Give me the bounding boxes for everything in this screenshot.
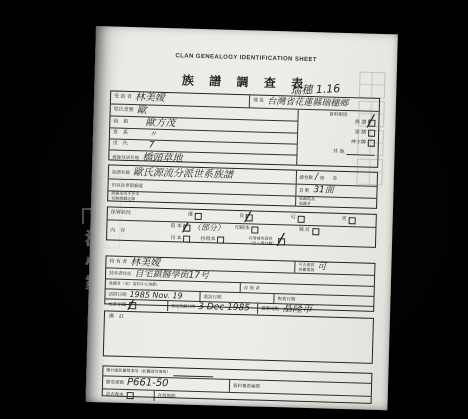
lineage-value: 〃	[149, 131, 157, 139]
opt-block-label: 刊 本	[170, 236, 182, 242]
remarks-label: 備 註	[109, 314, 124, 320]
opt-bind-checkbox	[312, 228, 319, 235]
office-header: 關於縮影攝製事項（此欄請勿填寫）	[106, 369, 170, 376]
identity-table: 受 訪 者 林美嬡 地 址 台灣省花蓮縣瑞穗鄉 姓氏堂號 歐	[108, 90, 380, 168]
filmplace-value: 基隆市	[282, 304, 312, 315]
keeper2-label: 存 放 者	[244, 285, 260, 291]
keep-label: 保管狀況	[111, 211, 131, 217]
lineage-label: 世 系	[113, 131, 128, 137]
english-title: CLAN GENEALOGY IDENTIFICATION SHEET	[95, 51, 397, 65]
keep-opt-2-label: 可	[290, 216, 295, 222]
filmplace-label: 攝製地點	[261, 306, 279, 312]
ancestor-label: 始 祖	[113, 119, 128, 125]
surname-label: 姓氏堂號	[114, 107, 134, 113]
filmdate-label: 預定拍攝日期	[171, 304, 195, 309]
keeper-label-2: 收藏者	[299, 202, 373, 209]
extra-note: （記入備註欄）	[248, 241, 276, 247]
holder-table: 持 有 者 林美嬡 可否提供 拍攝複製 可 持有者住址 自宅鎮醫學街17号	[104, 255, 375, 312]
seal-glyph-box	[356, 159, 383, 186]
volume-unit-1: 冊	[320, 175, 325, 181]
opt-write-checkbox	[184, 224, 191, 231]
opt-bind-label: 裝 訂	[299, 228, 311, 234]
seal-glyph-box	[358, 101, 385, 128]
opt-print-label: 印刷本	[235, 226, 250, 232]
keep-opt-2-checkbox	[297, 215, 304, 222]
keep-opt-3-checkbox	[348, 217, 355, 224]
pages-label: 頁 數	[299, 188, 309, 194]
keep-opt-0-label: 優	[188, 213, 193, 219]
film-no-label: 膠卷號碼	[106, 380, 124, 386]
keep-opt-1-label: 良	[239, 214, 244, 220]
book-title-label: 族譜名稱	[112, 169, 130, 175]
dup-checkbox	[127, 392, 134, 399]
office-table: 關於縮影攝製事項（此欄請勿填寫） 膠卷號碼 P661-50 資料審查編號 是否複…	[102, 365, 373, 404]
keep-opt-3-label: 劣	[341, 217, 346, 223]
handwritten-annotation: 瑞穗 1.16	[290, 83, 340, 96]
seal-glyph-box	[359, 72, 386, 99]
book-table: 族譜名稱 歐氏源流分派世系族譜 內容及章節綱要 原藏本或手抄本 有無增刪記錄	[107, 164, 378, 209]
interviewee-label: 受 訪 者	[114, 95, 132, 101]
keep-opt-1-checkbox	[246, 214, 253, 221]
filmdate-value: 3 Dec 1985	[198, 302, 250, 312]
opt-write-note: （部分）	[193, 224, 225, 233]
holder-addr-value: 自宅鎮醫學街17号	[134, 270, 209, 281]
opt-write-label: 寫 本	[170, 224, 182, 230]
holder-addr-label: 持有者住址	[109, 271, 132, 277]
center-label: 收藏者（家）資料中心地點	[109, 282, 157, 288]
category-opt4-label: 其 他	[333, 149, 345, 155]
archive-seal-stamp	[356, 72, 389, 186]
lend-label-2: 拍攝複製	[298, 267, 314, 272]
holder-value: 林美嬡	[130, 258, 160, 269]
permit-checkbox	[129, 302, 136, 309]
opt-copy-checkbox	[217, 237, 224, 244]
seal-glyph-box	[357, 130, 384, 157]
content-label: 內 容	[110, 229, 125, 235]
genealogy-form-sheet: CLAN GENEALOGY IDENTIFICATION SHEET 族 譜 …	[86, 26, 398, 410]
permit-label: 允許拍攝	[108, 302, 126, 308]
address-label: 地 址	[253, 99, 265, 105]
condition-table: 保管狀況 優 良 可 劣	[106, 206, 377, 248]
interviewee-value: 林美嬡	[135, 93, 165, 104]
pages-value: 31面	[313, 186, 334, 196]
origin-value: 橋頭草地	[142, 153, 182, 164]
address-value: 台灣省花蓮縣瑞穗鄉	[267, 97, 348, 108]
opt-print-checkbox	[252, 226, 259, 233]
generation-label: 世 代	[113, 142, 128, 148]
review-label: 資料審查編號	[233, 383, 260, 389]
extra-checkbox	[278, 238, 285, 245]
generation-value: 7	[149, 141, 155, 150]
opt-block-checkbox	[183, 236, 190, 243]
opt-copy-label: 抄寫本	[200, 237, 215, 243]
office-header-line	[173, 370, 213, 377]
visit-label: 訪問日期	[108, 291, 126, 297]
remarks-box: 備 註	[103, 310, 374, 364]
film-no-value: P661-50	[127, 378, 169, 389]
origin-label: 發源及居住地	[112, 154, 139, 160]
revisit-label: 重訪日期	[203, 294, 221, 300]
keep-opt-0-checkbox	[195, 212, 202, 219]
volumes-label: 總卷數	[299, 175, 313, 181]
visit-value: 1985 Nov. 19	[129, 291, 182, 300]
book-title-value: 歐氏源流分派世系族譜	[133, 168, 233, 181]
holder-label: 持 有 者	[109, 259, 127, 265]
dup-label: 是否複本	[106, 392, 124, 398]
microfilm-photo: FamilySearch 浩心家 CLAN GENEALOGY IDENTIFI…	[0, 0, 468, 419]
place-label: 存放地點	[158, 393, 176, 399]
ancestor-value: 歐方茂	[145, 118, 175, 129]
lend-value: 可	[317, 263, 326, 272]
recheck-label: 複查日期	[277, 296, 295, 302]
surname-value: 歐	[137, 106, 147, 116]
volume-unit-2: 卷	[332, 175, 337, 181]
book-content-label: 內容及章節綱要	[111, 182, 143, 188]
volumes-value: ∕	[315, 173, 318, 182]
